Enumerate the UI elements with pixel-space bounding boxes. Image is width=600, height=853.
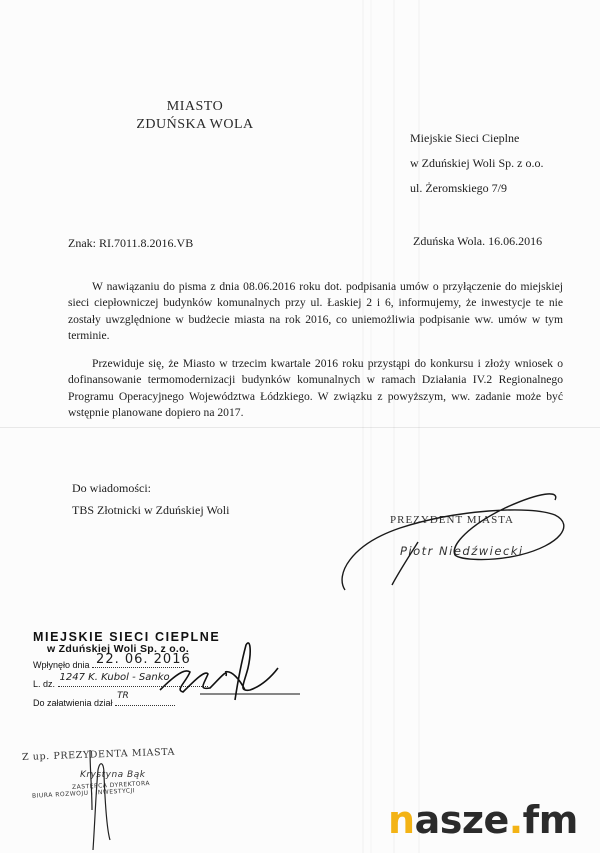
- addressee-line1: Miejskie Sieci Cieplne: [410, 126, 543, 151]
- stamp-ldz-value: 1247 K. Kubol - Sanko: [60, 669, 170, 686]
- logo-text-part2: fm: [523, 798, 578, 842]
- stamp-dept-row: Do załatwienia dział TR: [33, 694, 220, 712]
- letter-body: W nawiązaniu do pisma z dnia 08.06.2016 …: [68, 279, 563, 433]
- deputy-authorization: Z up. PREZYDENTA MIASTA: [22, 747, 175, 763]
- deputy-name: Krystyna Bąk: [80, 770, 145, 780]
- copy-to-label: Do wiadomości:: [72, 481, 151, 496]
- letterhead: MIASTO ZDUŃSKA WOLA: [110, 98, 280, 134]
- addressee-block: Miejskie Sieci Cieplne w Zduńskiej Woli …: [410, 126, 543, 201]
- mayor-signature-icon: [342, 494, 564, 590]
- reference-number: Znak: RI.7011.8.2016.VB: [68, 236, 193, 251]
- addressee-line3: ul. Żeromskiego 7/9: [410, 176, 543, 201]
- stamp-org-name: MIEJSKIE SIECI CIEPLNE: [33, 630, 220, 644]
- place-and-date: Zduńska Wola. 16.06.2016: [413, 234, 542, 249]
- letterhead-line1: MIASTO: [110, 98, 280, 116]
- body-paragraph-1: W nawiązaniu do pisma z dnia 08.06.2016 …: [68, 279, 563, 344]
- signatory-title: PREZYDENT MIASTA: [390, 514, 514, 526]
- body-paragraph-2: Przewiduje się, że Miasto w trzecim kwar…: [68, 356, 563, 421]
- deputy-role-2: BIURA ROZWOJU I INWESTYCJI: [32, 787, 135, 799]
- stamp-received-date: 22. 06. 2016: [96, 651, 191, 668]
- logo-text-part1: asze: [415, 798, 509, 842]
- scanned-letter-page: MIASTO ZDUŃSKA WOLA Miejskie Sieci Ciepl…: [0, 0, 600, 853]
- deputy-signature-icon: [90, 750, 110, 850]
- signatory-name: Piotr Niedźwiecki: [400, 544, 524, 558]
- stamp-dept-label: Do załatwienia dział: [33, 698, 113, 708]
- nasze-fm-logo: nasze.fm: [388, 797, 578, 843]
- stamp-ldz-label: L. dz.: [33, 679, 55, 689]
- stamp-dept-value: TR: [117, 688, 129, 705]
- receipt-stamp: MIEJSKIE SIECI CIEPLNE w Zduńskiej Woli …: [33, 630, 220, 712]
- addressee-line2: w Zduńskiej Woli Sp. z o.o.: [410, 151, 543, 176]
- logo-dot: .: [509, 798, 523, 842]
- copy-to-recipient: TBS Złotnicki w Zduńskiej Woli: [72, 503, 229, 518]
- deputy-stamp: Z up. PREZYDENTA MIASTA Krystyna Bąk ZAS…: [22, 752, 175, 763]
- logo-first-letter: n: [388, 798, 415, 842]
- letterhead-line2: ZDUŃSKA WOLA: [110, 116, 280, 134]
